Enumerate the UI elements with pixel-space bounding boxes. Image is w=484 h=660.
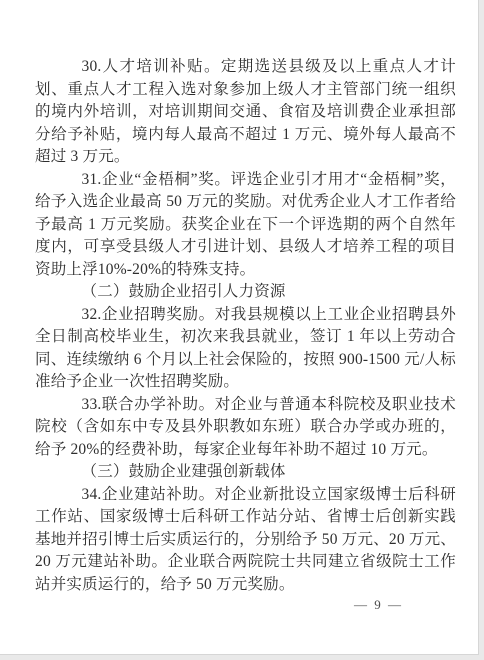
section-heading: （二）鼓励企业招引人力资源 xyxy=(35,281,456,304)
document-paragraph: 32.企业招聘奖励。对我县规模以上工业企业招聘县外全日制高校毕业生，初次来我县就… xyxy=(35,304,456,394)
document-page: 30.人才培训补贴。定期选送县级及以上重点人才计划、重点人才工程入选对象参加上级… xyxy=(0,0,479,655)
document-paragraph: 30.人才培训补贴。定期选送县级及以上重点人才计划、重点人才工程入选对象参加上级… xyxy=(35,56,456,169)
document-paragraph: 31.企业“金梧桐”奖。评选企业引才用才“金梧桐”奖，给予入选企业最高 50 万… xyxy=(35,169,456,282)
page-number: — 9 — xyxy=(354,597,403,613)
section-heading: （三）鼓励企业建强创新载体 xyxy=(35,461,456,484)
document-paragraph: 34.企业建站补助。对企业新批设立国家级博士后科研工作站、国家级博士后科研工作站… xyxy=(35,484,456,597)
document-paragraph: 33.联合办学补助。对企业与普通本科院校及职业技术院校（含如东中专及县外职教如东… xyxy=(35,394,456,462)
document-body: 30.人才培训补贴。定期选送县级及以上重点人才计划、重点人才工程入选对象参加上级… xyxy=(35,56,456,596)
